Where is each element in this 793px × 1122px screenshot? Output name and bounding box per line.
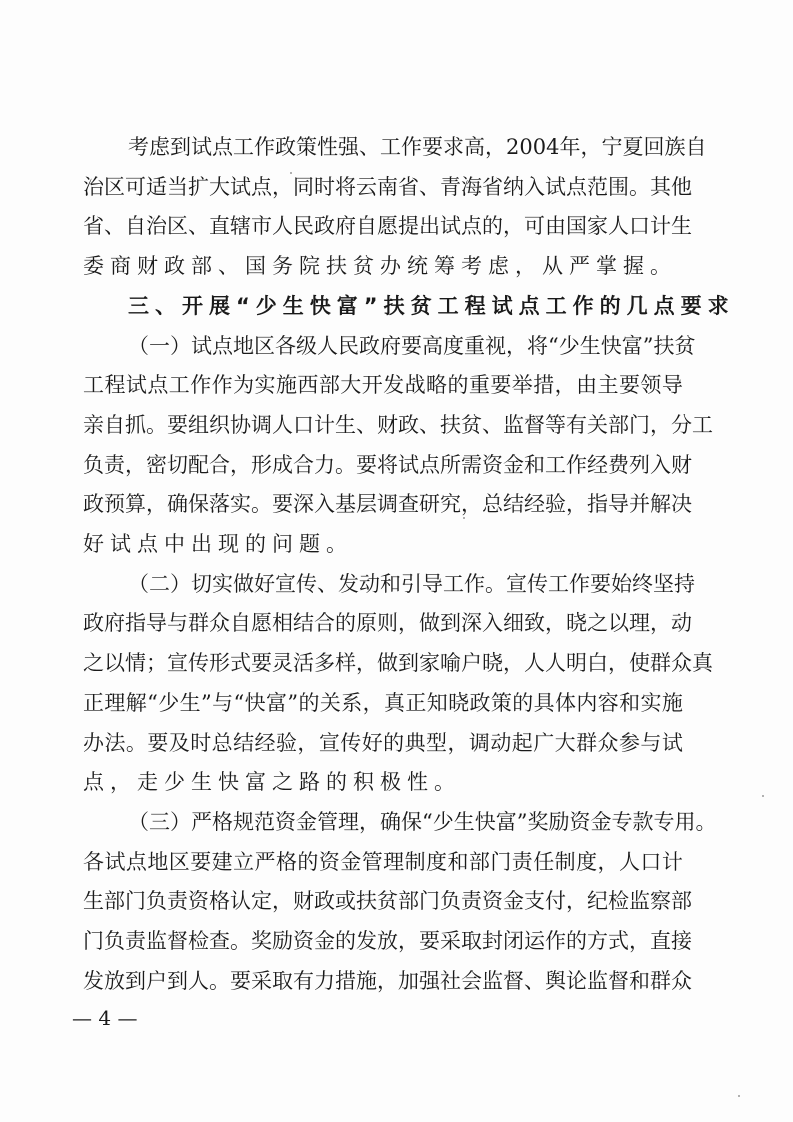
scan-speck [738,1095,740,1097]
text-line: 委商财政部、国务院扶贫办统筹考虑，从严掌握。 [83,251,683,281]
text-line: 负责，密切配合，形成合力。要将试点所需资金和工作经费列入财 [83,450,683,480]
text-line: （一）试点地区各级人民政府要高度重视，将“少生快富”扶贫 [128,331,683,361]
text-line: 门负责监督检查。奖励资金的发放，要采取封闭运作的方式，直接 [83,926,683,956]
page-number: — 4 — [72,1005,137,1031]
scan-speck [410,224,412,226]
text-line: （三）严格规范资金管理，确保“少生快富”奖励资金专款专用。 [128,807,683,837]
text-line: 政预算，确保落实。要深入基层调查研究，总结经验，指导并解决 [83,489,683,519]
text-line: 办法。要及时总结经验，宣传好的典型，调动起广大群众参与试 [83,728,683,758]
text-line: 正理解“少生”与“快富”的关系，真正知晓政策的具体内容和实施 [83,688,683,718]
text-line: 省、自治区、直辖市人民政府自愿提出试点的，可由国家人口计生 [83,211,683,241]
scan-speck [290,172,292,174]
scan-speck [762,795,764,797]
section-heading: 三、开展“少生快富”扶贫工程试点工作的几点要求 [128,291,683,321]
text-line: 点，走少生快富之路的积极性。 [83,767,683,797]
text-line: 工程试点工作作为实施西部大开发战略的重要举措，由主要领导 [83,370,683,400]
text-line: 治区可适当扩大试点，同时将云南省、青海省纳入试点范围。其他 [83,172,683,202]
text-line: 政府指导与群众自愿相结合的原则，做到深入细致，晓之以理，动 [83,608,683,638]
text-line: 各试点地区要建立严格的资金管理制度和部门责任制度，人口计 [83,847,683,877]
document-page: 考虑到试点工作政策性强、工作要求高，2004年，宁夏回族自治区可适当扩大试点，同… [0,0,793,1122]
scan-speck [463,517,465,519]
text-line: 亲自抓。要组织协调人口计生、财政、扶贫、监督等有关部门，分工 [83,410,683,440]
text-line: 好试点中出现的问题。 [83,529,683,559]
text-line: 之以情；宣传形式要灵活多样，做到家喻户晓，人人明白，使群众真 [83,648,683,678]
text-line: 考虑到试点工作政策性强、工作要求高，2004年，宁夏回族自 [128,132,683,162]
text-line: 生部门负责资格认定，财政或扶贫部门负责资金支付，纪检监察部 [83,886,683,916]
text-line: （二）切实做好宣传、发动和引导工作。宣传工作要始终坚持 [128,569,683,599]
text-line: 发放到户到人。要采取有力措施，加强社会监督、舆论监督和群众 [83,966,683,996]
